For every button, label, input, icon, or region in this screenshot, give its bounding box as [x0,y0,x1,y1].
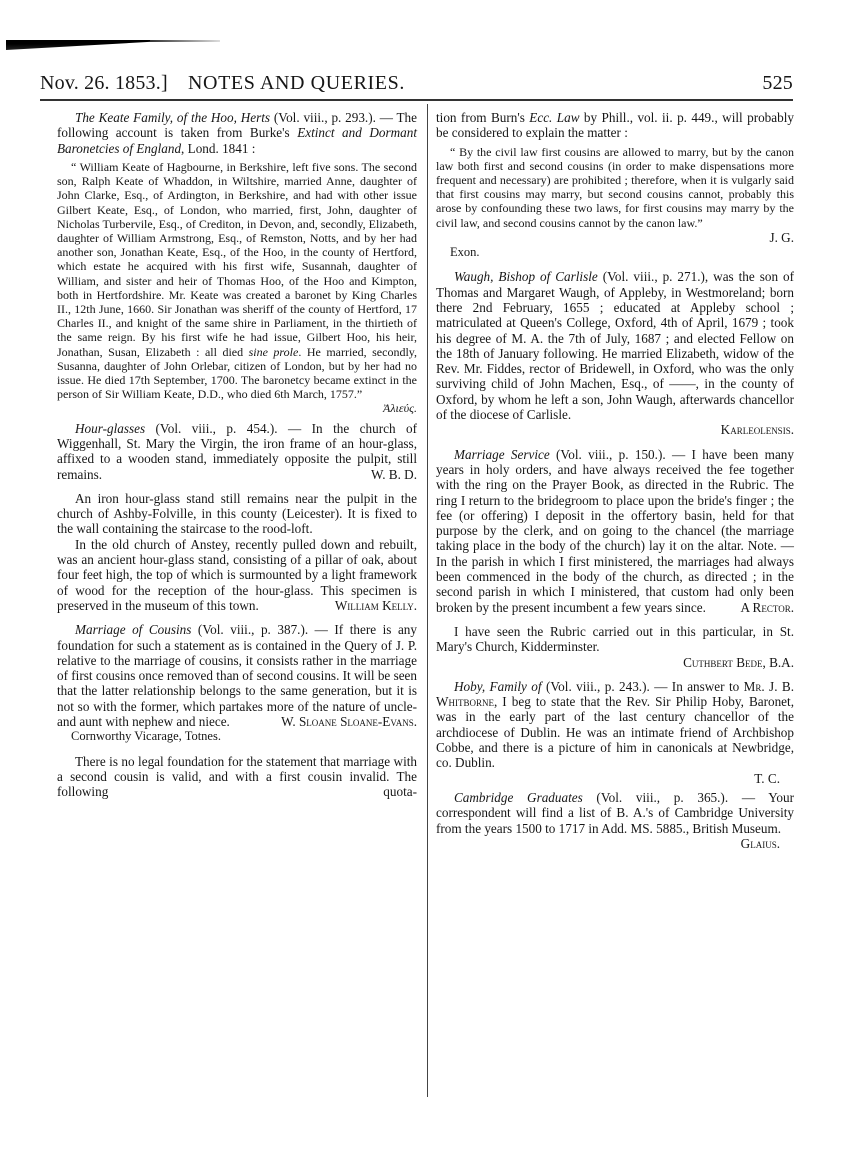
column-divider [427,104,428,1097]
signature: T. C. [436,771,794,786]
left-column: The Keate Family, of the Hoo, Herts (Vol… [57,110,417,799]
signature: Cuthbert Bede, B.A. [436,655,794,670]
article-title: Hour-glasses [75,421,145,436]
article-cambridge-graduates: Cambridge Graduates (Vol. viii., p. 365.… [436,790,794,836]
continued-paragraph: tion from Burn's Ecc. Law by Phill., vol… [436,110,794,141]
publication-title: NOTES AND QUERIES. [188,72,405,95]
article-title: The Keate Family, of the Hoo, Herts [75,110,270,125]
place-line: Cornworthy Vicarage, Totnes. [57,729,417,744]
scan-artifact-tail [150,40,220,42]
article-waugh-bishop: Waugh, Bishop of Carlisle (Vol. viii., p… [436,269,794,422]
signature: J. G. [436,230,794,245]
signature: Glaius. [436,836,794,851]
signature: Karleolensis. [436,422,794,437]
block-quote: “ By the civil law first cousins are all… [436,145,794,230]
block-quote: “ William Keate of Hagbourne, in Berkshi… [57,160,417,401]
book-title: Ecc. Law [529,110,579,125]
header-rule [40,99,793,101]
reply-paragraph: I have seen the Rubric carried out in th… [436,624,794,655]
signature: Ἀλιεύς. [57,401,417,416]
article-keate-family: The Keate Family, of the Hoo, Herts (Vol… [57,110,417,156]
place-line: Exon. [436,245,794,260]
reply-paragraph: There is no legal foundation for the sta… [57,754,417,800]
article-title: Hoby, Family of [454,679,542,694]
scan-artifact-bar [6,40,156,50]
right-column: tion from Burn's Ecc. Law by Phill., vol… [436,110,794,851]
article-title: Marriage of Cousins [75,622,191,637]
page-number: 525 [762,72,793,95]
article-title: Marriage Service [454,447,550,462]
running-header: Nov. 26. 1853.] NOTES AND QUERIES. 525 [40,66,793,96]
article-marriage-service: Marriage Service (Vol. viii., p. 150.). … [436,447,794,615]
article-title: Cambridge Graduates [454,790,583,805]
reply-paragraph: An iron hour-glass stand still remains n… [57,491,417,537]
article-title: Waugh, Bishop of Carlisle [454,269,598,284]
signature: W. B. D. [57,467,417,482]
header-date: Nov. 26. 1853.] [40,72,168,95]
article-hoby-family: Hoby, Family of (Vol. viii., p. 243.). —… [436,679,794,771]
